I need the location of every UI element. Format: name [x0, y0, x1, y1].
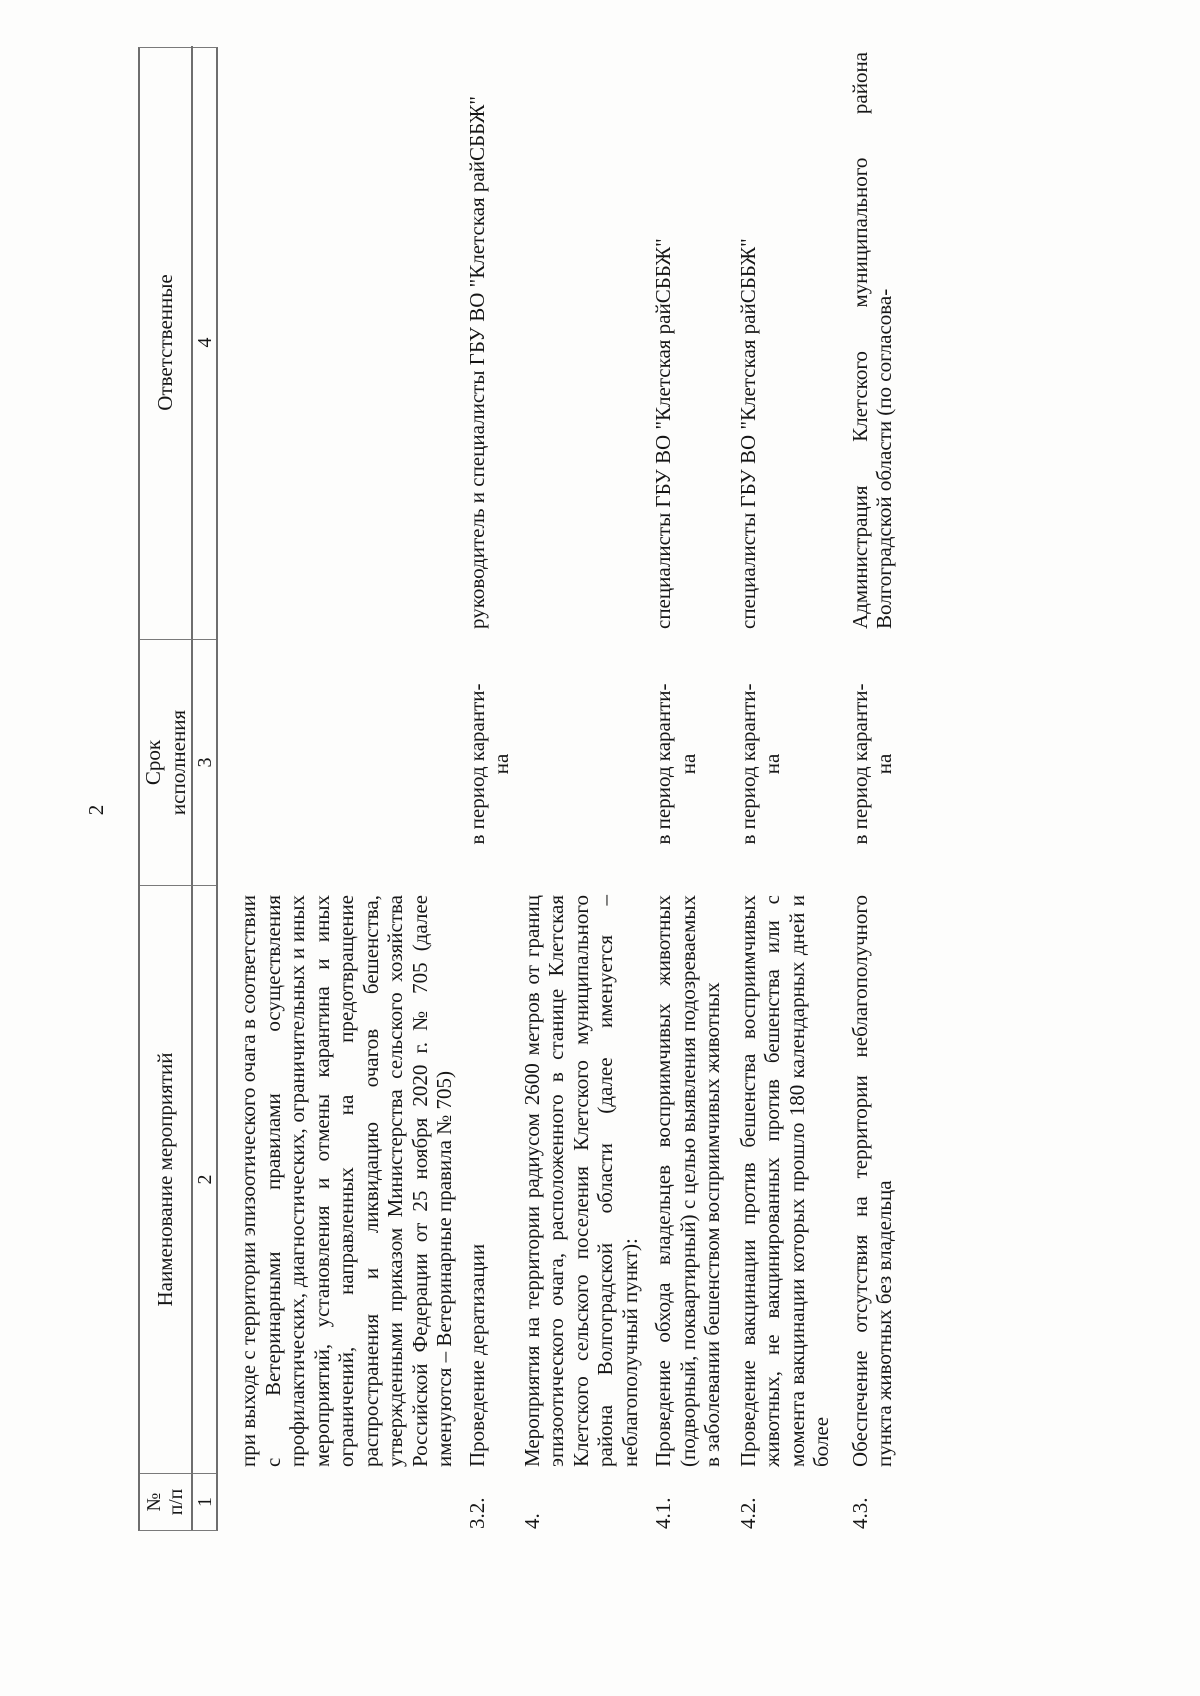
column-number-2: 2 — [193, 886, 216, 1474]
row-measure-text: Проведение обхода владельцев восприимчи­… — [651, 887, 725, 1475]
rotated-page: 2 № п/п Наименование мероприятий Срок ис… — [0, 0, 1200, 1696]
row-responsible: специалисты ГБУ ВО "Клетская райСББЖ" — [651, 47, 725, 641]
header-cell-otv: Ответственные — [140, 46, 193, 640]
table-row: 4.2. Проведение вакцинации против бешенс… — [736, 47, 834, 1531]
table-row: 4.3. Обеспечение отсутствия на территори… — [848, 47, 897, 1531]
row-responsible — [236, 47, 457, 641]
row-number — [236, 1475, 457, 1531]
row-term: в период каранти- на — [848, 641, 897, 887]
row-term: в период каранти- на — [465, 641, 514, 887]
row-measure-text: Обеспечение отсутствия на территории неб… — [848, 887, 897, 1475]
row-number: 3.2. — [465, 1475, 514, 1531]
row-term: в период каранти- на — [651, 641, 725, 887]
header-cell-name: Наименование мероприятий — [140, 886, 193, 1474]
row-number: 4.3. — [848, 1475, 897, 1531]
table-row: 4.1. Проведение обхода владельцев воспри… — [651, 47, 725, 1531]
row-measure-text: Мероприятия на территории радиусом 2600 … — [520, 887, 643, 1475]
row-measure-text: Проведение вакцинации против бешенства в… — [736, 887, 834, 1475]
row-number: 4. — [520, 1475, 643, 1531]
page-number: 2 — [84, 0, 109, 1696]
row-term — [236, 641, 457, 887]
header-cell-srok: Срок исполнения — [140, 640, 193, 886]
row-responsible: специалисты ГБУ ВО "Клетская райСББЖ" — [736, 47, 834, 641]
scanned-document-page: 2 № п/п Наименование мероприятий Срок ис… — [0, 0, 1200, 1696]
row-number: 4.1. — [651, 1475, 725, 1531]
row-term — [520, 641, 643, 887]
column-number-1: 1 — [193, 1474, 216, 1530]
row-responsible: руководитель и специалисты ГБУ ВО "Клетс… — [465, 47, 514, 641]
measures-table: № п/п Наименование мероприятий Срок испо… — [138, 47, 897, 1531]
row-measure-text: Проведение дератизации — [465, 887, 514, 1475]
row-number: 4.2. — [736, 1475, 834, 1531]
column-number-3: 3 — [193, 640, 216, 886]
table-header: № п/п Наименование мероприятий Срок испо… — [138, 47, 218, 1531]
table-body: при выходе с территории эпизоотического … — [236, 47, 897, 1531]
row-responsible: Администрация Клетского муниципального р… — [848, 47, 897, 641]
table-row: 3.2. Проведение дератизации в период кар… — [465, 47, 514, 1531]
row-term: в период каранти- на — [736, 641, 834, 887]
row-measure-text: при выходе с территории эпизоотического … — [236, 887, 457, 1475]
row-responsible — [520, 47, 643, 641]
column-number-4: 4 — [193, 46, 216, 640]
header-row: № п/п Наименование мероприятий Срок испо… — [140, 48, 193, 1530]
column-numbers-row: 1 2 3 4 — [193, 48, 216, 1530]
header-cell-num: № п/п — [140, 1474, 193, 1530]
table-row: при выходе с территории эпизоотического … — [236, 47, 457, 1531]
table-row: 4. Мероприятия на территории радиусом 26… — [520, 47, 643, 1531]
